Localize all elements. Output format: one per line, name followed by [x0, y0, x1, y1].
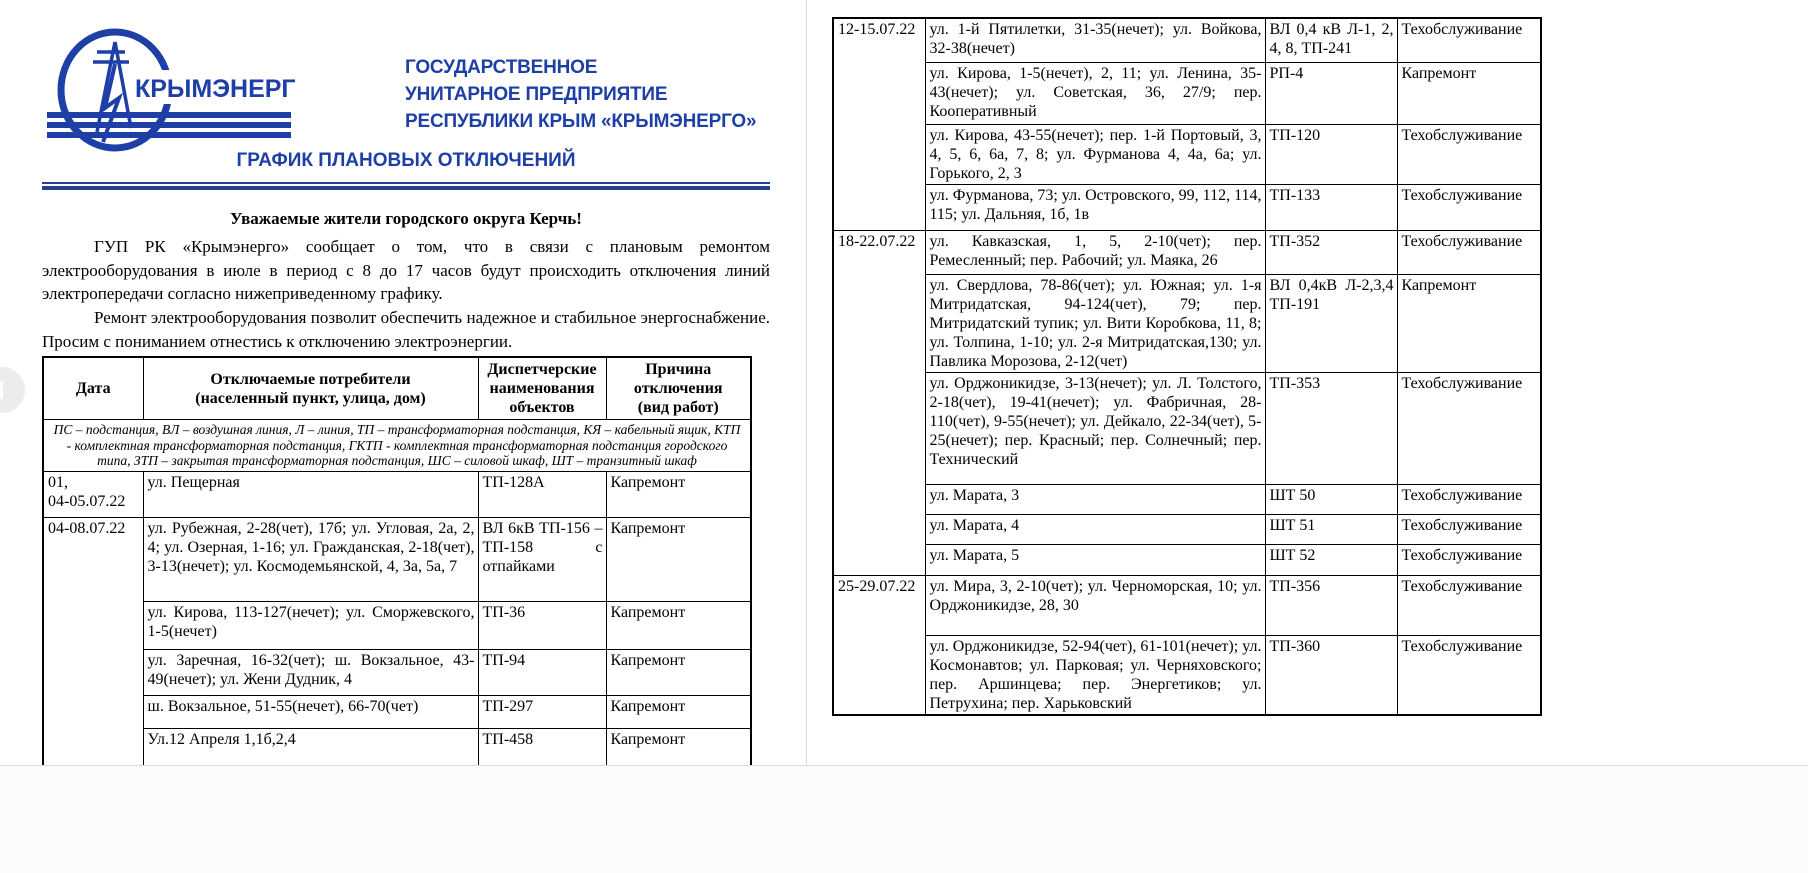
- table-header: Дата Отключаемые потребители (населенный…: [43, 357, 751, 420]
- logo-text: КРЫМЭНЕРГО: [135, 75, 295, 103]
- consumers-cell: ул. Пещерная: [143, 471, 478, 517]
- company-name-line: РЕСПУБЛИКИ КРЫМ «КРЫМЭНЕРГО»: [405, 108, 756, 135]
- date-cell: 12-15.07.22: [833, 18, 925, 230]
- outages-table-page1-wrap: Дата Отключаемые потребители (населенный…: [42, 356, 752, 775]
- cause-cell: Капремонт: [606, 649, 751, 695]
- consumers-cell: ул. Фурманова, 73; ул. Островского, 99, …: [925, 184, 1265, 230]
- cause-cell: Техобслуживание: [1397, 635, 1541, 715]
- consumers-cell: ул. Рубежная, 2-28(чет), 17б; ул. Углова…: [143, 517, 478, 601]
- rule-thick-line: [42, 186, 770, 190]
- cause-cell: Капремонт: [1397, 274, 1541, 372]
- consumers-cell: ул. Орджоникидзе, 52-94(чет), 61-101(неч…: [925, 635, 1265, 715]
- object-cell: ВЛ 6кВ ТП-156 – ТП-158 с отпайками: [478, 517, 606, 601]
- object-cell: ШТ 51: [1265, 514, 1397, 544]
- outage-row: ул. Кирова, 113-127(нечет); ул. Сморжевс…: [43, 601, 751, 649]
- company-name: ГОСУДАРСТВЕННОЕ УНИТАРНОЕ ПРЕДПРИЯТИЕ РЕ…: [405, 54, 756, 135]
- cause-cell: Капремонт: [606, 695, 751, 728]
- document-viewer: КРЫМЭНЕРГО ГОСУДАРСТВЕННОЕ УНИТАРНОЕ ПРЕ…: [0, 0, 1808, 873]
- consumers-cell: ул. 1-й Пятилетки, 31-35(нечет); ул. Вой…: [925, 18, 1265, 62]
- cause-cell: Техобслуживание: [1397, 124, 1541, 184]
- outages-table-page1: Дата Отключаемые потребители (населенный…: [42, 356, 752, 775]
- abbreviations-legend: ПС – подстанция, ВЛ – воздушная линия, Л…: [43, 420, 751, 472]
- outage-row: ул. Фурманова, 73; ул. Островского, 99, …: [833, 184, 1541, 230]
- cause-cell: Техобслуживание: [1397, 514, 1541, 544]
- outage-row: ул. Заречная, 16-32(чет); ш. Вокзальное,…: [43, 649, 751, 695]
- double-rule: [42, 182, 770, 190]
- cause-cell: Техобслуживание: [1397, 575, 1541, 635]
- consumers-cell: ш. Вокзальное, 51-55(нечет), 66-70(чет): [143, 695, 478, 728]
- cause-cell: Капремонт: [1397, 62, 1541, 124]
- outage-rows-page2: 12-15.07.22ул. 1-й Пятилетки, 31-35(нече…: [833, 18, 1541, 715]
- viewer-bottom-strip: [0, 766, 1808, 873]
- cause-cell: Капремонт: [606, 471, 751, 517]
- outage-row: 25-29.07.22ул. Мира, 3, 2-10(чет); ул. Ч…: [833, 575, 1541, 635]
- cause-cell: Капремонт: [606, 517, 751, 601]
- consumers-cell: ул. Мира, 3, 2-10(чет); ул. Черноморская…: [925, 575, 1265, 635]
- outage-row: 18-22.07.22ул. Кавказская, 1, 5, 2-10(че…: [833, 230, 1541, 274]
- company-name-line: УНИТАРНОЕ ПРЕДПРИЯТИЕ: [405, 81, 756, 108]
- object-cell: ВЛ 0,4 кВ Л-1, 2, 4, 8, ТП-241: [1265, 18, 1397, 62]
- object-cell: ТП-353: [1265, 372, 1397, 484]
- consumers-cell: ул. Свердлова, 78-86(чет); ул. Южная; ул…: [925, 274, 1265, 372]
- object-cell: ТП-297: [478, 695, 606, 728]
- outage-row: ш. Вокзальное, 51-55(нечет), 66-70(чет)Т…: [43, 695, 751, 728]
- outage-row: 12-15.07.22ул. 1-й Пятилетки, 31-35(нече…: [833, 18, 1541, 62]
- object-cell: ТП-133: [1265, 184, 1397, 230]
- date-cell: 01, 04-05.07.22: [43, 471, 143, 517]
- intro-paragraph-1: ГУП РК «Крымэнерго» сообщает о том, что …: [42, 235, 770, 306]
- consumers-cell: ул. Марата, 5: [925, 544, 1265, 575]
- object-cell: ТП-360: [1265, 635, 1397, 715]
- outage-row: ул. Кирова, 1-5(нечет), 2, 11; ул. Ленин…: [833, 62, 1541, 124]
- outages-table-page2: 12-15.07.22ул. 1-й Пятилетки, 31-35(нече…: [832, 17, 1542, 716]
- object-cell: ТП-120: [1265, 124, 1397, 184]
- object-cell: ТП-352: [1265, 230, 1397, 274]
- outage-row: ул. Орджоникидзе, 3-13(нечет); ул. Л. То…: [833, 372, 1541, 484]
- object-cell: ВЛ 0,4кВ Л-2,3,4 ТП-191: [1265, 274, 1397, 372]
- legend-body: ПС – подстанция, ВЛ – воздушная линия, Л…: [43, 420, 751, 472]
- header-date: Дата: [43, 357, 143, 420]
- date-cell: 18-22.07.22: [833, 230, 925, 575]
- outages-table-page2-wrap: 12-15.07.22ул. 1-й Пятилетки, 31-35(нече…: [832, 17, 1542, 716]
- date-cell: 25-29.07.22: [833, 575, 925, 715]
- object-cell: ТП-356: [1265, 575, 1397, 635]
- outage-row: ул. Свердлова, 78-86(чет); ул. Южная; ул…: [833, 274, 1541, 372]
- company-name-line: ГОСУДАРСТВЕННОЕ: [405, 54, 756, 81]
- page1-content: КРЫМЭНЕРГО ГОСУДАРСТВЕННОЕ УНИТАРНОЕ ПРЕ…: [42, 0, 770, 765]
- consumers-cell: ул. Орджоникидзе, 3-13(нечет); ул. Л. То…: [925, 372, 1265, 484]
- outage-row: 01, 04-05.07.22ул. ПещернаяТП-128АКапрем…: [43, 471, 751, 517]
- cause-cell: Техобслуживание: [1397, 484, 1541, 514]
- consumers-cell: ул. Марата, 4: [925, 514, 1265, 544]
- outage-row: ул. Марата, 5ШТ 52Техобслуживание: [833, 544, 1541, 575]
- outage-rows-page1: 01, 04-05.07.22ул. ПещернаяТП-128АКапрем…: [43, 471, 751, 774]
- arrow-left-icon: [0, 380, 3, 400]
- object-cell: ТП-36: [478, 601, 606, 649]
- page-divider-vertical: [806, 0, 807, 765]
- document-title: ГРАФИК ПЛАНОВЫХ ОТКЛЮЧЕНИЙ: [42, 150, 770, 172]
- consumers-cell: ул. Кирова, 1-5(нечет), 2, 11; ул. Ленин…: [925, 62, 1265, 124]
- object-cell: ТП-94: [478, 649, 606, 695]
- cause-cell: Капремонт: [606, 601, 751, 649]
- cause-cell: Техобслуживание: [1397, 544, 1541, 575]
- cause-cell: Техобслуживание: [1397, 230, 1541, 274]
- object-cell: РП-4: [1265, 62, 1397, 124]
- cause-cell: Техобслуживание: [1397, 18, 1541, 62]
- object-cell: ШТ 50: [1265, 484, 1397, 514]
- header-consumers: Отключаемые потребители (населенный пунк…: [143, 357, 478, 420]
- header-object: Диспетчерские наименования объектов: [478, 357, 606, 420]
- outage-row: ул. Орджоникидзе, 52-94(чет), 61-101(неч…: [833, 635, 1541, 715]
- date-cell: 04-08.07.22: [43, 517, 143, 774]
- document-page-1: КРЫМЭНЕРГО ГОСУДАРСТВЕННОЕ УНИТАРНОЕ ПРЕ…: [0, 0, 806, 765]
- object-cell: ТП-128А: [478, 471, 606, 517]
- outage-row: 04-08.07.22ул. Рубежная, 2-28(чет), 17б;…: [43, 517, 751, 601]
- consumers-cell: ул. Заречная, 16-32(чет); ш. Вокзальное,…: [143, 649, 478, 695]
- logo-stripes: [47, 112, 291, 138]
- legend-row: ПС – подстанция, ВЛ – воздушная линия, Л…: [43, 420, 751, 472]
- outage-row: ул. Марата, 4ШТ 51Техобслуживание: [833, 514, 1541, 544]
- krymenergo-logo: КРЫМЭНЕРГО: [45, 28, 295, 153]
- consumers-cell: ул. Марата, 3: [925, 484, 1265, 514]
- intro-paragraph-2: Ремонт электрооборудования позволит обес…: [42, 306, 770, 353]
- header-cause: Причина отключения (вид работ): [606, 357, 751, 420]
- consumers-cell: ул. Кирова, 113-127(нечет); ул. Сморжевс…: [143, 601, 478, 649]
- cause-cell: Техобслуживание: [1397, 184, 1541, 230]
- salutation: Уважаемые жители городского округа Керчь…: [42, 209, 770, 229]
- object-cell: ШТ 52: [1265, 544, 1397, 575]
- consumers-cell: ул. Кирова, 43-55(нечет); пер. 1-й Порто…: [925, 124, 1265, 184]
- outage-row: ул. Марата, 3ШТ 50Техобслуживание: [833, 484, 1541, 514]
- cause-cell: Техобслуживание: [1397, 372, 1541, 484]
- consumers-cell: ул. Кавказская, 1, 5, 2-10(чет); пер. Ре…: [925, 230, 1265, 274]
- outage-row: ул. Кирова, 43-55(нечет); пер. 1-й Порто…: [833, 124, 1541, 184]
